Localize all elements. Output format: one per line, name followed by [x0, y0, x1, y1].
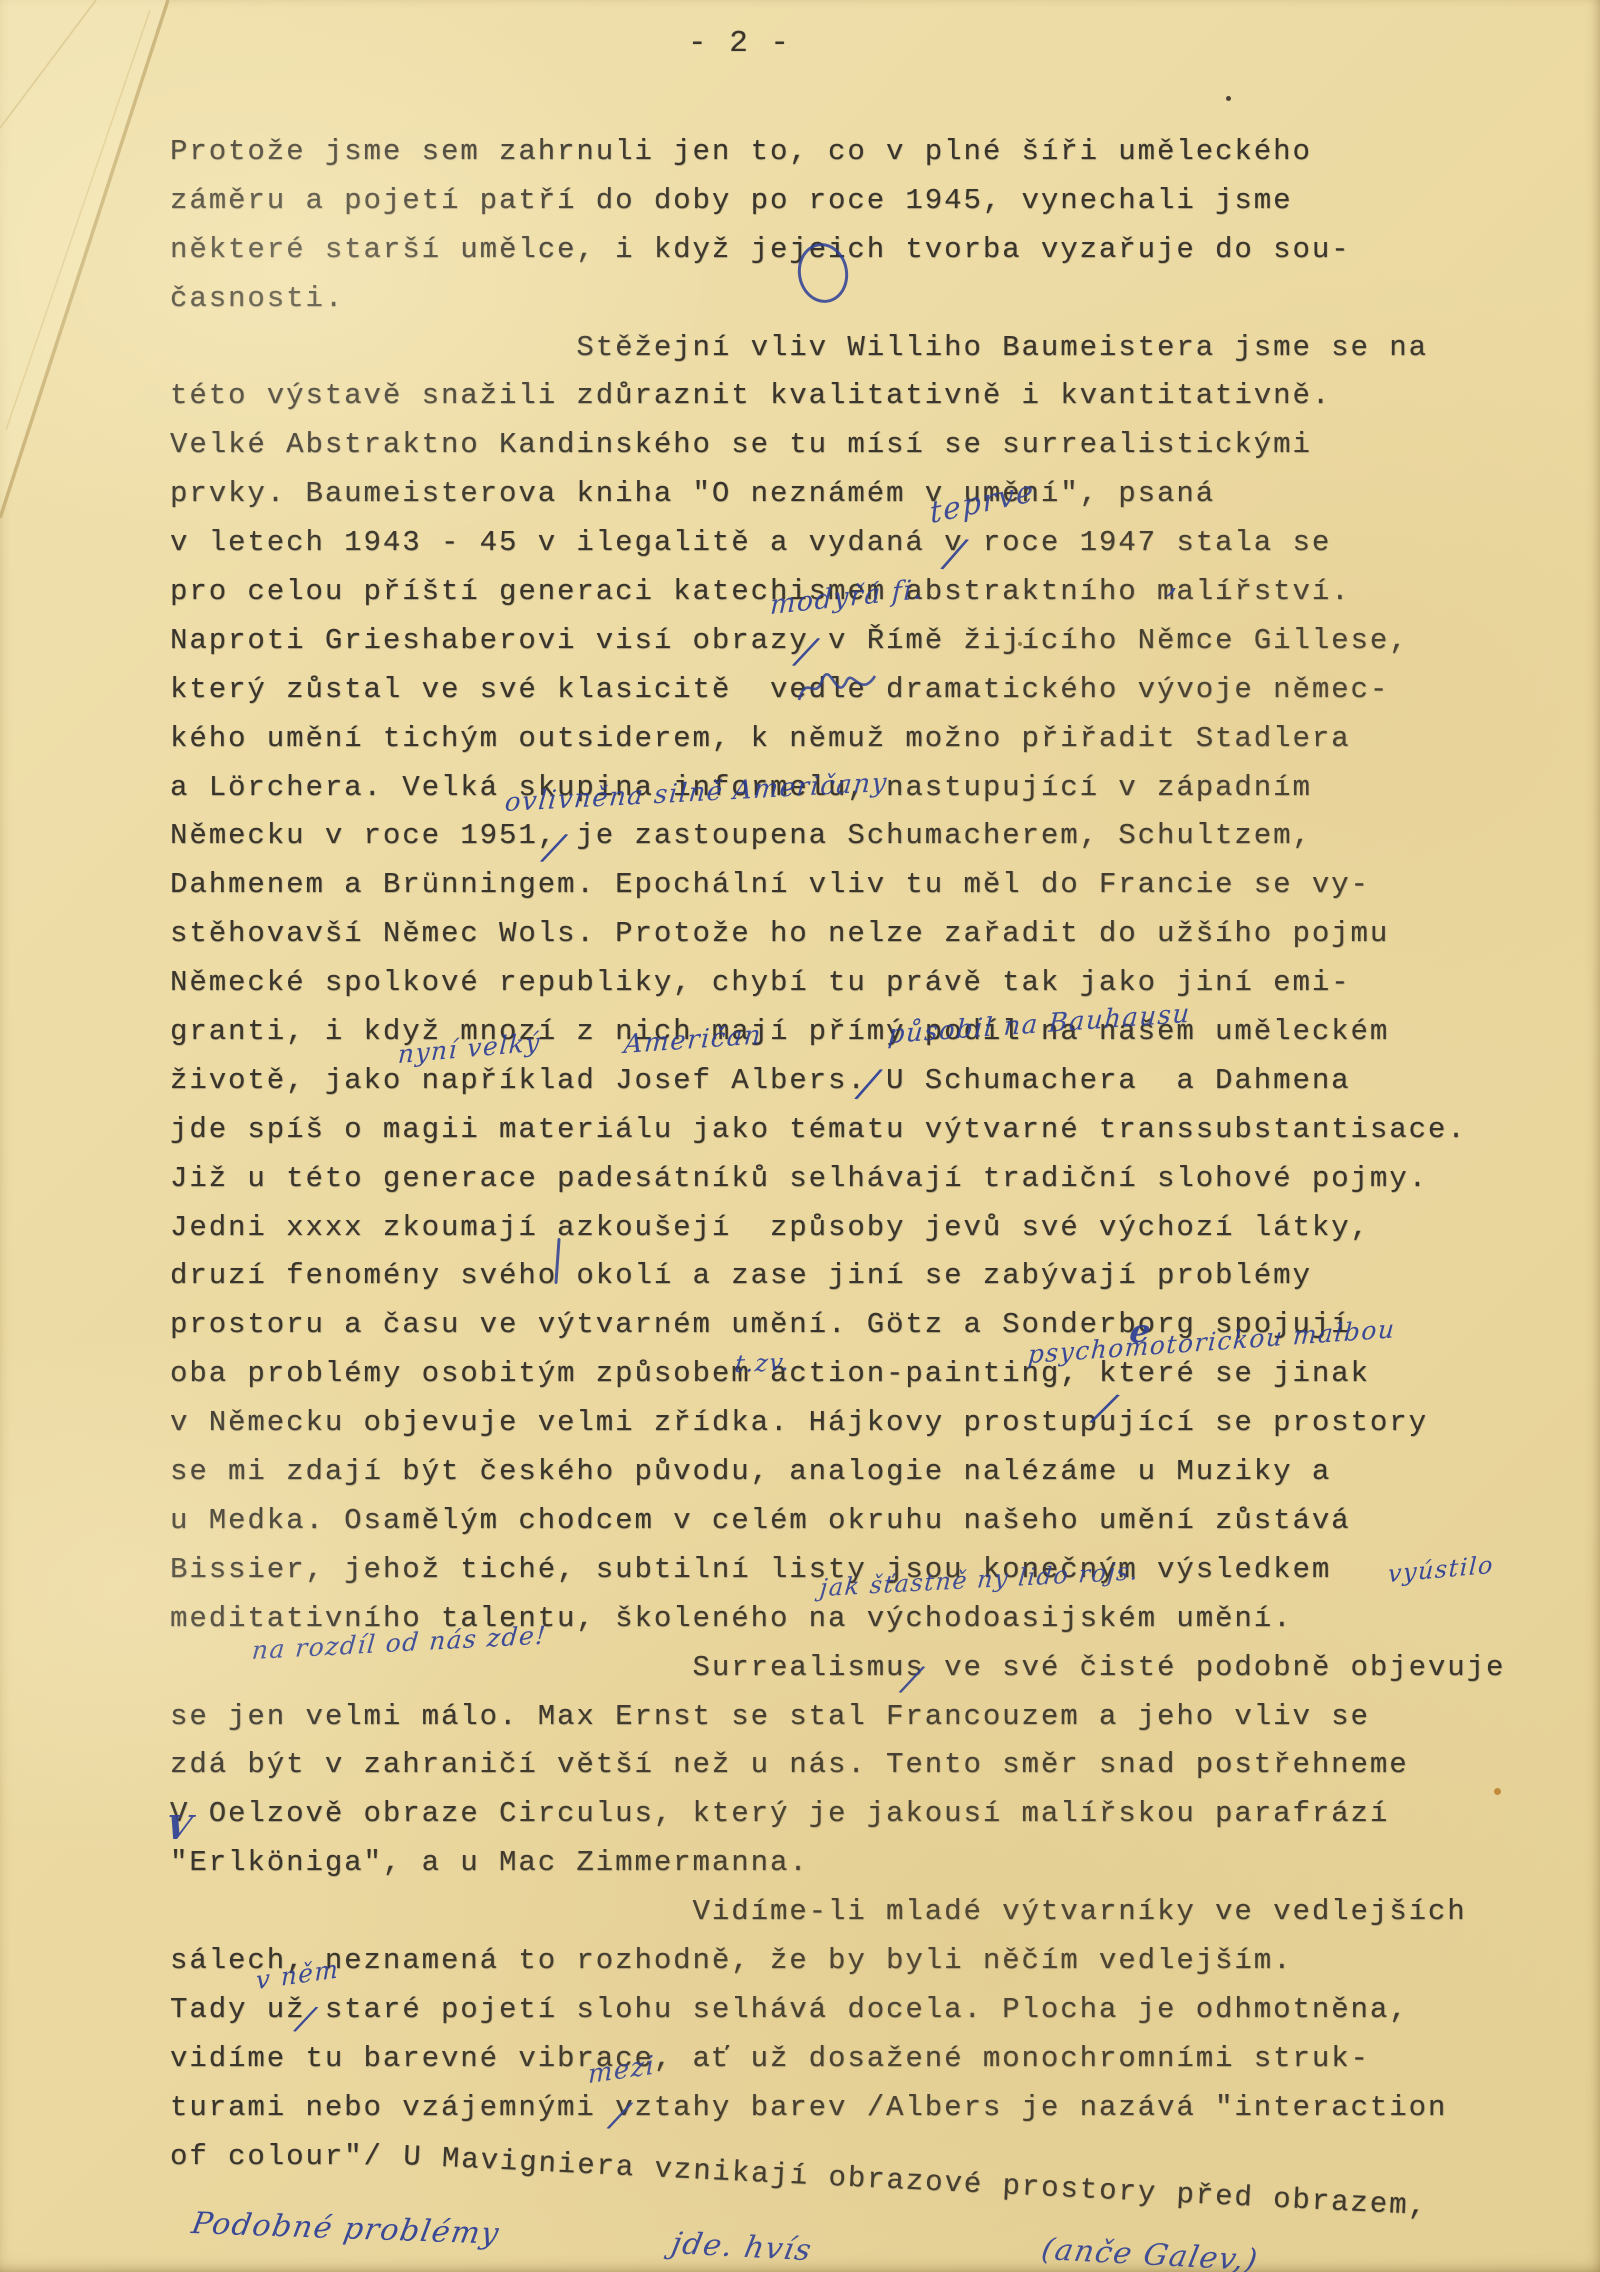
typed-line: turami nebo vzájemnými vztahy barev /Alb…	[170, 2084, 1570, 2133]
typed-line: oba problémy osobitým způsobem action-pa…	[170, 1350, 1570, 1399]
note-bottom-3: (anče Galev,)	[1039, 2232, 1262, 2272]
typed-line: sálech, neznamená to rozhodně, že by byl…	[170, 1937, 1570, 1986]
typed-line: Vidíme-li mladé výtvarníky ve vedlejších	[170, 1888, 1570, 1937]
typed-line: se jen velmi málo. Max Ernst se stal Fra…	[170, 1693, 1570, 1742]
typed-line: prostoru a času ve výtvarném umění. Götz…	[170, 1301, 1570, 1350]
typed-line: některé starší umělce, i když jejeich tv…	[170, 226, 1570, 275]
typed-line: zdá být v zahraničí větší než u nás. Ten…	[170, 1741, 1570, 1790]
typed-line: granti, i když mnozí z nich mají přímý p…	[170, 1008, 1570, 1057]
note-bottom-2: jde. hvís	[669, 2226, 816, 2268]
paper-speck	[1226, 96, 1231, 101]
typed-line: pro celou příští generaci katechismem ab…	[170, 568, 1570, 617]
typed-line: Jedni xxxx zkoumají azkoušejí způsoby je…	[170, 1204, 1570, 1253]
document-page: - 2 - Protože jsme sem zahrnuli jen to, …	[0, 0, 1600, 2272]
typed-line: Protože jsme sem zahrnuli jen to, co v p…	[170, 128, 1570, 177]
typed-line: meditativního talentu, školeného na vých…	[170, 1595, 1570, 1644]
typed-line: časnosti.	[170, 275, 1570, 324]
typed-text-body: Protože jsme sem zahrnuli jen to, co v p…	[170, 128, 1570, 2181]
paper-speck	[1494, 1788, 1501, 1795]
typed-line: se mi zdají být českého původu, analogie…	[170, 1448, 1570, 1497]
page-number: - 2 -	[688, 26, 791, 61]
typed-line: Německé spolkové republiky, chybí tu prá…	[170, 959, 1570, 1008]
typed-line: V Oelzově obraze Circulus, který je jako…	[170, 1790, 1570, 1839]
typed-line: Již u této generace padesátníků selhávaj…	[170, 1155, 1570, 1204]
typed-line: Surrealismus ve své čisté podobně objevu…	[170, 1644, 1570, 1693]
typed-line: Naproti Grieshaberovi visí obrazy v Římě…	[170, 617, 1570, 666]
typed-line: jde spíš o magii materiálu jako tématu v…	[170, 1106, 1570, 1155]
typed-line: druzí fenomény svého okolí a zase jiní s…	[170, 1252, 1570, 1301]
typed-line: Tady už staré pojetí slohu selhává docel…	[170, 1986, 1570, 2035]
typed-line: životě, jako například Josef Albers. U S…	[170, 1057, 1570, 1106]
typed-line: který zůstal ve své klasicitě vedle dram…	[170, 666, 1570, 715]
typed-line: "Erlköniga", a u Mac Zimmermanna.	[170, 1839, 1570, 1888]
typed-line: a Lörchera. Velká skupina informelu, nas…	[170, 764, 1570, 813]
typed-line: stěhovavší Němec Wols. Protože ho nelze …	[170, 910, 1570, 959]
note-bottom-1: Podobné problémy	[189, 2206, 503, 2252]
typed-line: Stěžejní vliv Williho Baumeistera jsme s…	[170, 324, 1570, 373]
typed-line: v Německu objevuje velmi zřídka. Hájkovy…	[170, 1399, 1570, 1448]
typed-line: záměru a pojetí patří do doby po roce 19…	[170, 177, 1570, 226]
typed-line: této výstavě snažili zdůraznit kvalitati…	[170, 372, 1570, 421]
typed-line: of colour"/ U Mavigniera vznikají obrazo…	[170, 2133, 1570, 2182]
typed-line: v letech 1943 - 45 v ilegalitě a vydaná …	[170, 519, 1570, 568]
typed-line: Velké Abstraktno Kandinského se tu mísí …	[170, 421, 1570, 470]
typed-line: Německu v roce 1951, je zastoupena Schum…	[170, 812, 1570, 861]
typed-line: Bissier, jehož tiché, subtilní listy jso…	[170, 1546, 1570, 1595]
typed-line: vidíme tu barevné vibrace, ať už dosažen…	[170, 2035, 1570, 2084]
typed-line: u Medka. Osamělým chodcem v celém okruhu…	[170, 1497, 1570, 1546]
typed-line: kého umění tichým outsiderem, k němuž mo…	[170, 715, 1570, 764]
typed-line: prvky. Baumeisterova kniha "O neznámém v…	[170, 470, 1570, 519]
typed-line: Dahmenem a Brünningem. Epochální vliv tu…	[170, 861, 1570, 910]
paper-speck	[1018, 642, 1022, 646]
